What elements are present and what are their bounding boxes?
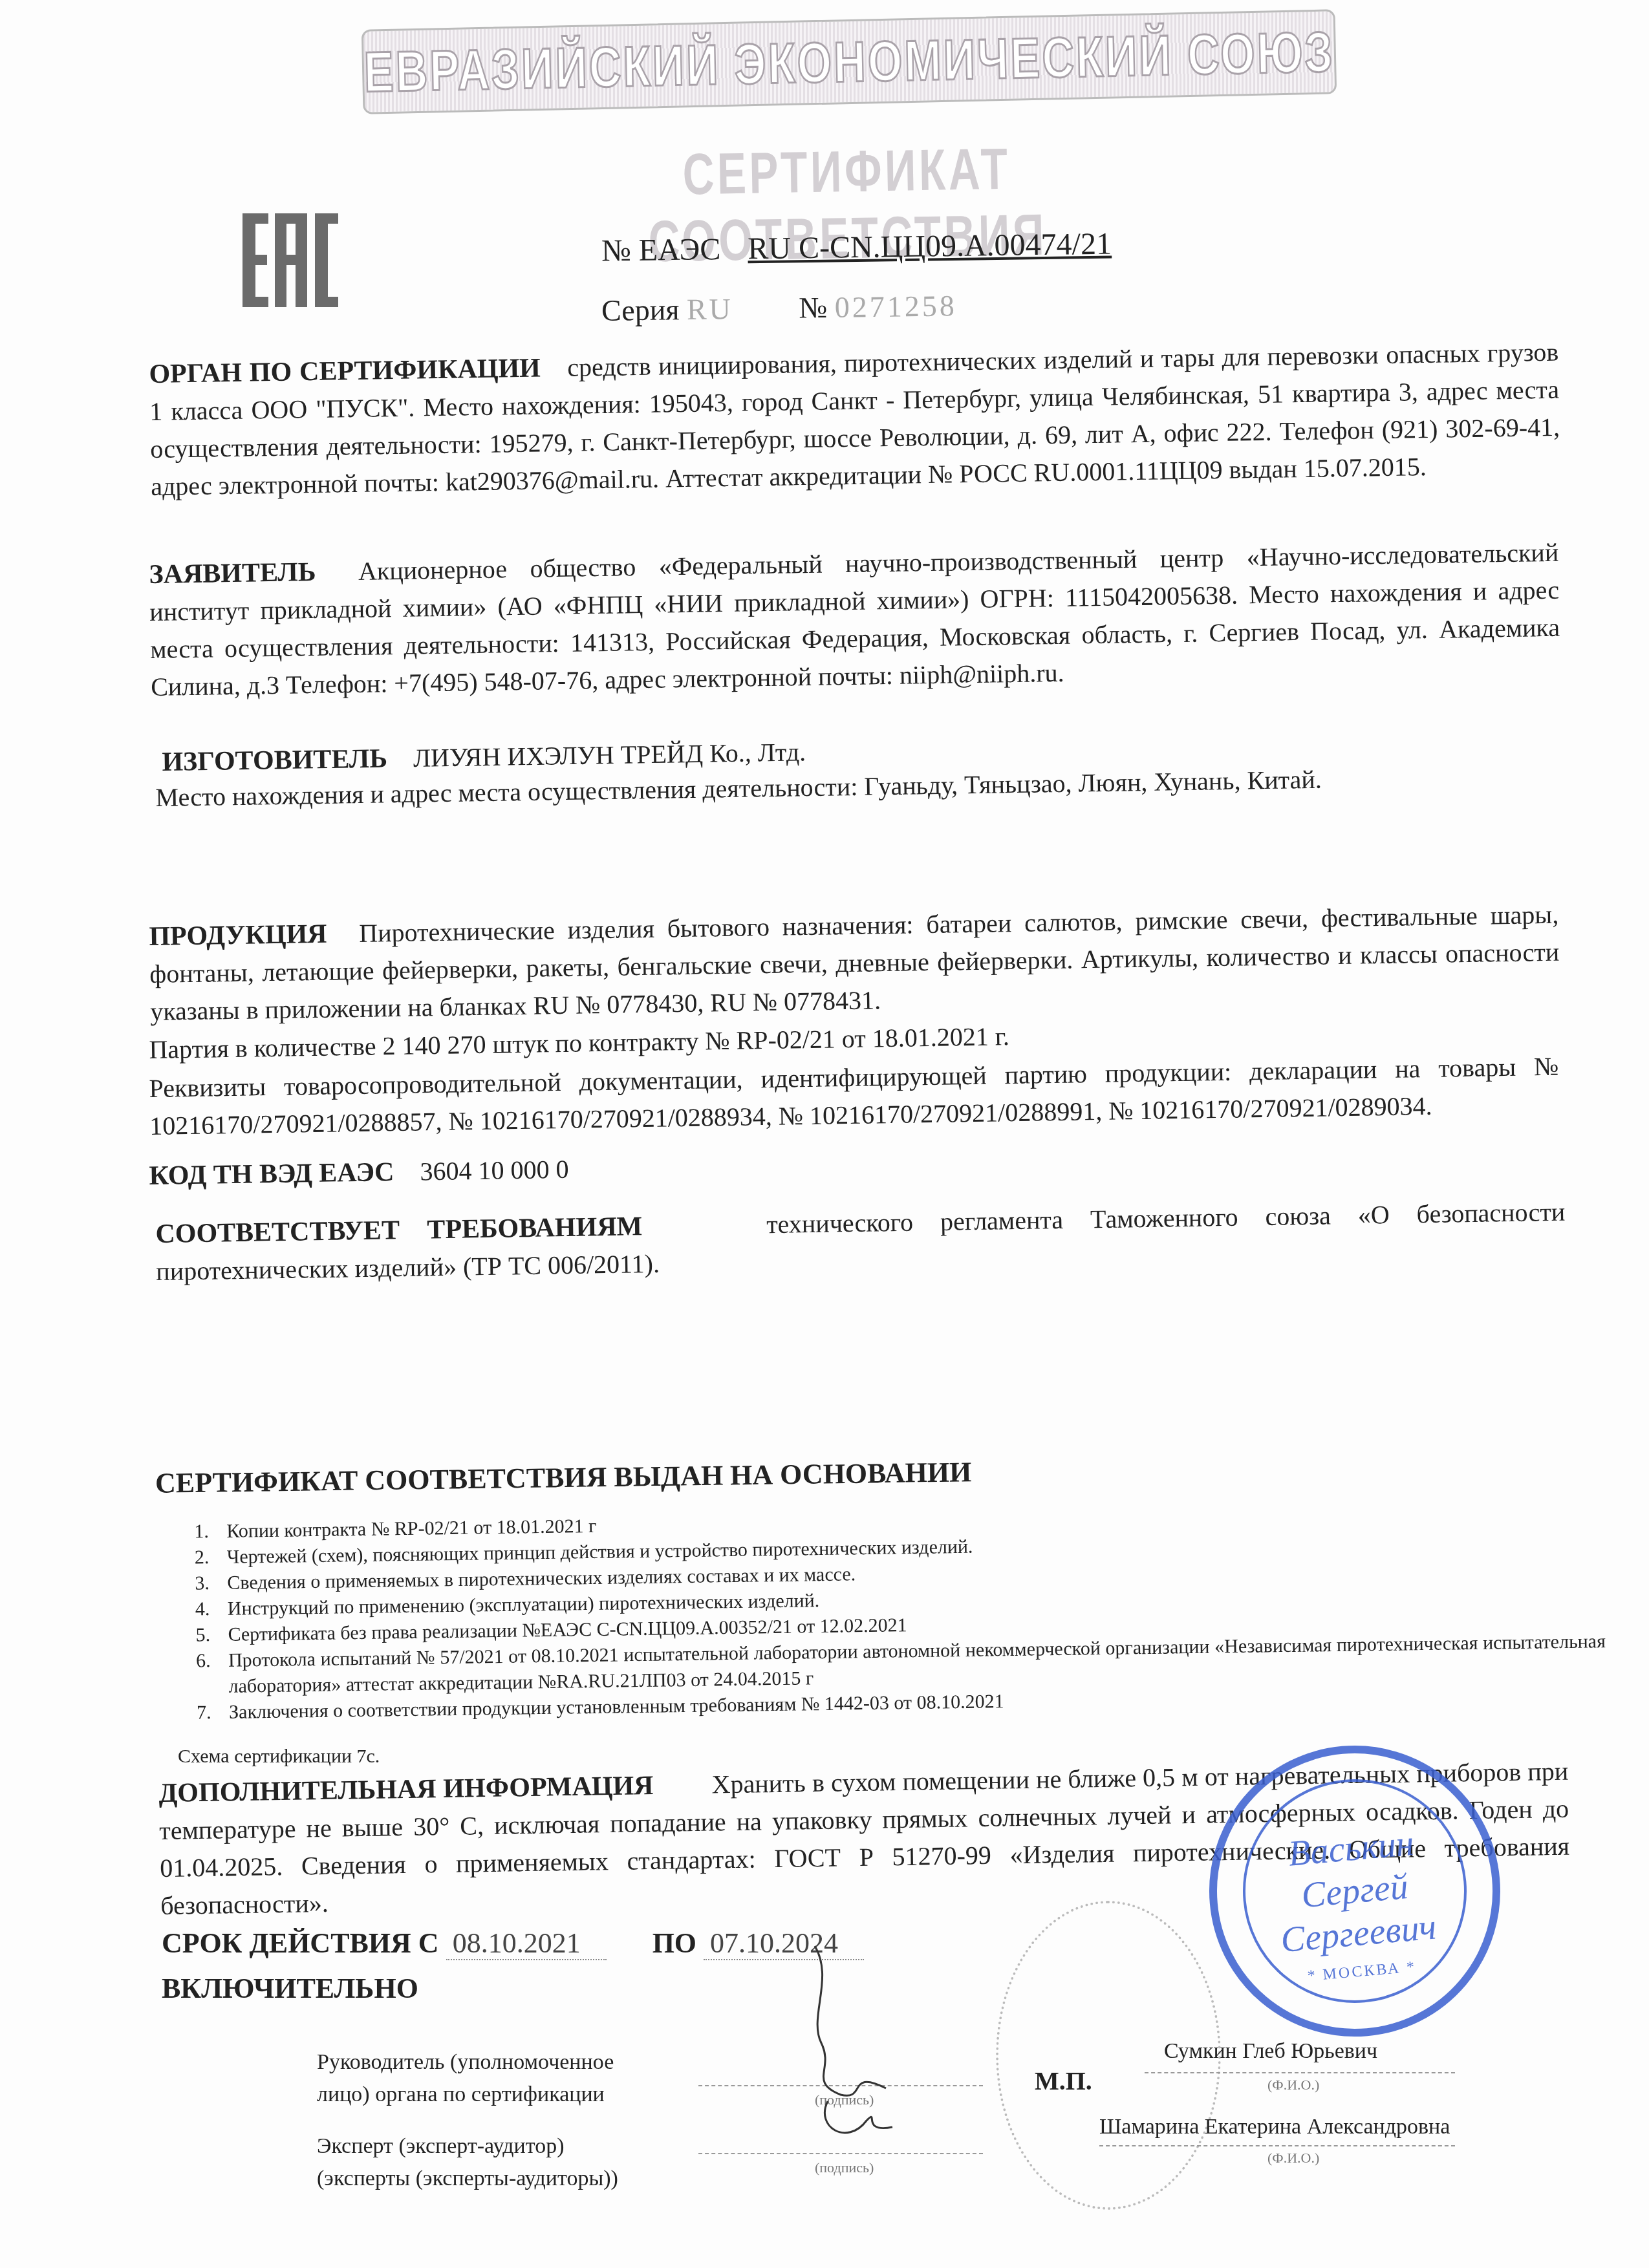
product-section: ПРОДУКЦИЯ Пиротехнические изделия бытово… [149,896,1560,1031]
certificate-number: № ЕАЭС RU C-CN.ЦЦ09.А.00474/21 [601,226,1112,268]
expert-fio-caption: (Ф.И.О.) [1267,2150,1319,2166]
head-label-line1: Руководитель (уполномоченное [317,2046,614,2079]
certification-body-section: ОРГАН ПО СЕРТИФИКАЦИИ средств инициирова… [149,334,1560,506]
applicant-label: ЗАЯВИТЕЛЬ [149,557,316,590]
manufacturer-label: ИЗГОТОВИТЕЛЬ [162,744,387,777]
expert-signatory-label: Эксперт (эксперт-аудитор) (эксперты (экс… [317,2130,618,2195]
validity-from-label: СРОК ДЕЙСТВИЯ С [162,1927,439,1959]
certification-body-label: ОРГАН ПО СЕРТИФИКАЦИИ [149,353,541,389]
head-fio-caption: (Ф.И.О.) [1267,2077,1319,2093]
applicant-section: ЗАЯВИТЕЛЬ Акционерное общество «Федераль… [149,534,1560,706]
handwritten-signature-icon [795,1940,925,2153]
expert-label-line2: (эксперты (эксперты-аудиторы)) [317,2163,618,2195]
expert-label-line1: Эксперт (эксперт-аудитор) [317,2130,618,2163]
blank-number-label: № [799,291,828,325]
tnved-value: 3604 10 000 0 [420,1155,569,1186]
certificate-page: ЕВРАЗИЙСКИЙ ЭКОНОМИЧЕСКИЙ СОЮЗ СЕРТИФИКА… [0,0,1649,2268]
expert-signature-caption: (подпись) [815,2159,874,2176]
series-label: Серия [601,293,680,327]
conformity-section: СООТВЕТСТВУЕТ ТРЕБОВАНИЯМ технического р… [155,1193,1566,1290]
head-signatory-label: Руководитель (уполномоченное лицо) орган… [317,2046,614,2111]
certificate-number-label: № ЕАЭС [601,232,721,268]
conformity-label: СООТВЕТСТВУЕТ ТРЕБОВАНИЯМ [155,1212,642,1249]
additional-info-label: ДОПОЛНИТЕЛЬНАЯ ИНФОРМАЦИЯ [158,1771,654,1808]
product-label: ПРОДУКЦИЯ [149,919,327,952]
basis-list: Копии контракта № RP-02/21 от 18.01.2021… [175,1499,1606,1726]
series-row: Серия RU № 0271258 [601,288,957,328]
validity-inclusive: ВКЛЮЧИТЕЛЬНО [162,1972,418,2005]
series-value: RU [687,292,734,326]
eac-logo-icon [242,213,339,310]
head-label-line2: лицо) органа по сертификации [317,2079,614,2111]
expert-name-line [1099,2145,1455,2146]
union-banner: ЕВРАЗИЙСКИЙ ЭКОНОМИЧЕСКИЙ СОЮЗ [361,9,1337,114]
basis-heading: СЕРТИФИКАТ СООТВЕТСТВИЯ ВЫДАН НА ОСНОВАН… [155,1455,972,1500]
validity-from-date: 08.10.2021 [446,1927,607,1960]
head-name: Сумкин Глеб Юрьевич [1164,2035,1377,2068]
expert-signature-line [698,2153,983,2154]
tnved-label: КОД ТН ВЭД ЕАЭС [149,1157,394,1191]
certification-scheme: Схема сертификации 7с. [178,1746,380,1768]
validity-row: СРОК ДЕЙСТВИЯ С 08.10.2021 ПО 07.10.2024 [162,1927,864,1960]
tnved-section: КОД ТН ВЭД ЕАЭС 3604 10 000 0 [149,1135,1559,1195]
head-name-line [1145,2072,1455,2073]
applicant-text: Акционерное общество «Федеральный научно… [149,538,1560,701]
validity-to-label: ПО [652,1927,696,1959]
blank-number-value: 0271258 [834,289,957,324]
product-text: Пиротехнические изделия бытового назначе… [149,900,1559,1026]
union-banner-text: ЕВРАЗИЙСКИЙ ЭКОНОМИЧЕСКИЙ СОЮЗ [363,19,1335,105]
expert-name: Шамарина Екатерина Александровна [1099,2111,1450,2143]
manufacturer-name: ЛИУЯН ИХЭЛУН ТРЕЙД Ко., Лтд. [413,737,806,773]
stamp-place-label: М.П. [1035,2066,1092,2096]
certificate-number-value: RU C-CN.ЦЦ09.А.00474/21 [748,226,1112,266]
